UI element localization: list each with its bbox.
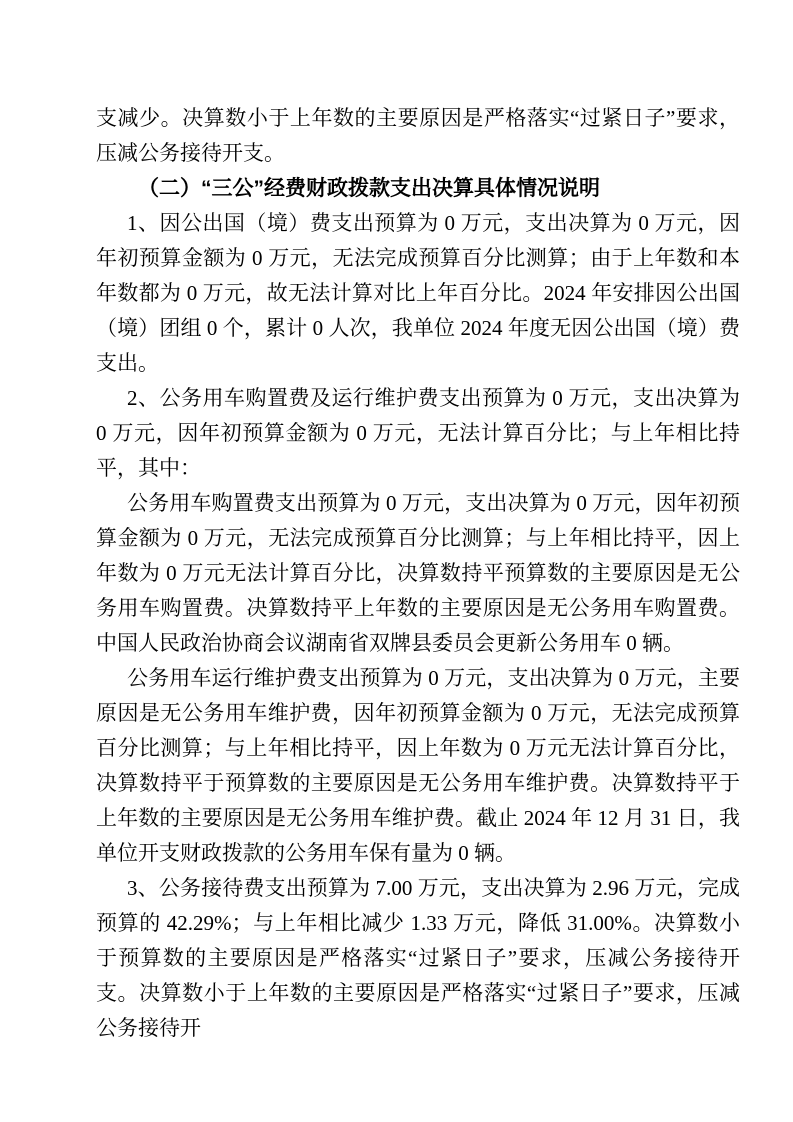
paragraph-vehicle-maintenance: 公务用车运行维护费支出预算为 0 万元，支出决算为 0 万元，主要原因是无公务用… bbox=[96, 661, 740, 871]
paragraph-vehicle-purchase: 公务用车购置费支出预算为 0 万元，支出决算为 0 万元，因年初预算金额为 0 … bbox=[96, 486, 740, 661]
paragraph-vehicle-total: 2、公务用车购置费及运行维护费支出预算为 0 万元，支出决算为 0 万元，因年初… bbox=[96, 381, 740, 486]
section-heading: （二）“三公”经费财政拨款支出决算具体情况说明 bbox=[96, 171, 740, 206]
carryover-paragraph: 支减少。决算数小于上年数的主要原因是严格落实“过紧日子”要求，压减公务接待开支。 bbox=[96, 101, 740, 171]
document-body: 支减少。决算数小于上年数的主要原因是严格落实“过紧日子”要求，压减公务接待开支。… bbox=[96, 101, 740, 1046]
document-page: 支减少。决算数小于上年数的主要原因是严格落实“过紧日子”要求，压减公务接待开支。… bbox=[0, 0, 793, 1122]
paragraph-overseas-travel: 1、因公出国（境）费支出预算为 0 万元，支出决算为 0 万元，因年初预算金额为… bbox=[96, 206, 740, 381]
paragraph-official-reception: 3、公务接待费支出预算为 7.00 万元，支出决算为 2.96 万元，完成预算的… bbox=[96, 871, 740, 1046]
